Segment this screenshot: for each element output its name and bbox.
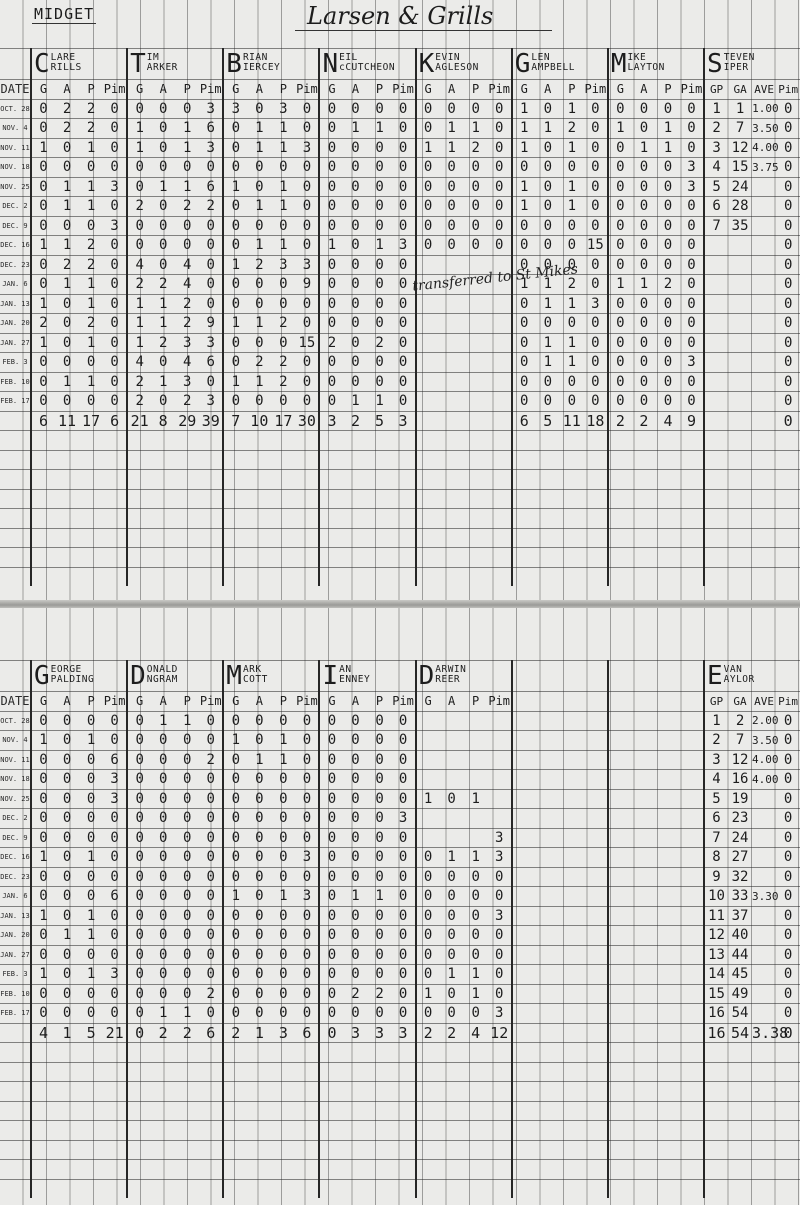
- stat-cell: 1: [271, 236, 295, 256]
- stat-cell: 1: [127, 333, 151, 353]
- blank-cell: [175, 1082, 199, 1102]
- stat-cell: 1: [151, 177, 175, 197]
- stat-cell: 0: [416, 177, 440, 197]
- stat-cell: 0: [295, 158, 319, 178]
- stat-cell: 2.00: [752, 711, 776, 731]
- blank-cell: [776, 1043, 800, 1063]
- blank-cell: [368, 431, 392, 451]
- stat-cell: 1: [271, 731, 295, 751]
- stat-cell: [536, 731, 560, 751]
- date-header-blank: [0, 49, 31, 80]
- stat-cell: 1: [416, 984, 440, 1004]
- stat-cell: [752, 789, 776, 809]
- stat-cell: 0: [343, 809, 367, 829]
- blank-cell: [199, 1062, 223, 1082]
- stat-cell: [512, 926, 536, 946]
- game-row: DEC. 230220404012330000000000000: [0, 255, 800, 275]
- game-row: JAN. 2710101233000152020011000000: [0, 333, 800, 353]
- stat-cell: 0: [584, 314, 608, 334]
- stat-cell: [728, 392, 752, 412]
- stat-cell: 49: [728, 984, 752, 1004]
- total-cell: 3: [392, 411, 416, 431]
- blank-cell: [656, 470, 680, 490]
- player-name: LARERILLS: [51, 50, 82, 73]
- player-initial: D: [419, 662, 435, 690]
- player-name-header: EVANAYLOR: [704, 661, 800, 692]
- stat-cell: [440, 750, 464, 770]
- stat-cell: 0: [392, 887, 416, 907]
- stat-cell: 0: [560, 392, 584, 412]
- stat-cell: [608, 750, 632, 770]
- blank-cell: [584, 1140, 608, 1160]
- blank-cell: [151, 548, 175, 568]
- blank-cell: [368, 1121, 392, 1141]
- total-cell: 30: [295, 411, 319, 431]
- blank-cell: [608, 509, 632, 529]
- blank-cell: [656, 431, 680, 451]
- stat-cell: [680, 750, 704, 770]
- stat-cell: 1: [560, 197, 584, 217]
- blank-cell: [536, 489, 560, 509]
- stat-cell: 0: [776, 945, 800, 965]
- stat-cell: 0: [440, 945, 464, 965]
- blank-cell: [776, 509, 800, 529]
- blank-cell: [151, 470, 175, 490]
- stat-cell: 0: [247, 158, 271, 178]
- stat-cell: [536, 770, 560, 790]
- stat-cell: 40: [728, 926, 752, 946]
- stat-cell: 0: [271, 828, 295, 848]
- stat-cell: 1: [271, 750, 295, 770]
- stat-cell: [608, 867, 632, 887]
- player-name-header: CLARERILLS: [31, 49, 127, 80]
- stat-cell: 1: [368, 119, 392, 139]
- stat-cell: 0: [512, 158, 536, 178]
- total-cell: [608, 1023, 632, 1043]
- stat-cell: [752, 867, 776, 887]
- blank-cell: [343, 450, 367, 470]
- stat-cell: [416, 255, 440, 275]
- player-initial: C: [34, 50, 50, 78]
- stat-cell: [440, 711, 464, 731]
- stat-cell: 0: [127, 926, 151, 946]
- stat-cell: 0: [319, 372, 343, 392]
- column-header: A: [536, 80, 560, 100]
- blank-cell: [199, 1140, 223, 1160]
- stat-cell: [632, 789, 656, 809]
- stat-cell: 0: [343, 216, 367, 236]
- stat-cell: 19: [728, 789, 752, 809]
- stat-cell: 0: [103, 314, 127, 334]
- stat-cell: 0: [175, 770, 199, 790]
- stat-cell: 3: [584, 294, 608, 314]
- player-last-name: RILLS: [51, 62, 82, 73]
- stat-cell: 0: [392, 770, 416, 790]
- blank-cell: [368, 489, 392, 509]
- total-cell: 54: [728, 1023, 752, 1043]
- stat-cell: 0: [776, 353, 800, 373]
- game-date: DEC. 16: [0, 848, 31, 868]
- stat-cell: 0: [271, 984, 295, 1004]
- stat-cell: 2: [79, 99, 103, 119]
- stat-cell: 0: [103, 333, 127, 353]
- stat-cell: 0: [368, 99, 392, 119]
- stat-cell: 0: [319, 158, 343, 178]
- stat-cell: 0: [151, 392, 175, 412]
- game-date: FEB. 17: [0, 1004, 31, 1024]
- blank-cell: [0, 431, 31, 451]
- game-row: OCT. 280000011000000000122.000: [0, 711, 800, 731]
- stat-cell: [440, 353, 464, 373]
- blank-cell: [728, 470, 752, 490]
- blank-cell: [127, 1062, 151, 1082]
- blank-cell: [31, 1140, 55, 1160]
- stat-cell: 0: [199, 255, 223, 275]
- stat-cell: 0: [560, 158, 584, 178]
- stat-cell: 0: [368, 809, 392, 829]
- blank-cell: [728, 548, 752, 568]
- stat-cell: 0: [127, 789, 151, 809]
- stat-cell: 0: [223, 392, 247, 412]
- stat-cell: [704, 353, 728, 373]
- stat-cell: 0: [103, 711, 127, 731]
- stat-cell: 0: [79, 828, 103, 848]
- stat-cell: 0: [31, 770, 55, 790]
- stat-cell: [416, 750, 440, 770]
- blank-cell: [584, 489, 608, 509]
- game-row: FEB. 170000011000000000000316540: [0, 1004, 800, 1024]
- blank-cell: [175, 431, 199, 451]
- stat-cell: 0: [392, 294, 416, 314]
- blank-cell: [79, 1082, 103, 1102]
- stat-cell: 0: [295, 965, 319, 985]
- blank-cell: [247, 567, 271, 586]
- blank-cell: [704, 1160, 728, 1180]
- stat-cell: [536, 906, 560, 926]
- column-header: GP: [704, 692, 728, 712]
- stat-cell: [584, 770, 608, 790]
- stat-cell: 0: [175, 867, 199, 887]
- stat-cell: 0: [127, 828, 151, 848]
- stat-cell: [560, 711, 584, 731]
- stat-cell: 0: [464, 177, 488, 197]
- blank-cell: [680, 431, 704, 451]
- player-name-header: MIKELAYTON: [608, 49, 704, 80]
- stat-cell: 0: [319, 99, 343, 119]
- column-header: Pim: [392, 80, 416, 100]
- stat-cell: 0: [464, 906, 488, 926]
- blank-cell: [464, 450, 488, 470]
- game-date: JAN. 27: [0, 333, 31, 353]
- blank-cell: [343, 1179, 367, 1198]
- column-header: Pim: [199, 692, 223, 712]
- blank-cell: [632, 1043, 656, 1063]
- blank-cell: [536, 1062, 560, 1082]
- blank-cell: [536, 470, 560, 490]
- blank-cell: [79, 431, 103, 451]
- stat-cell: 0: [343, 828, 367, 848]
- column-header: A: [343, 692, 367, 712]
- stat-cell: 0: [223, 275, 247, 295]
- blank-cell: [512, 509, 536, 529]
- stat-cell: [608, 789, 632, 809]
- blank-cell: [440, 1140, 464, 1160]
- stat-cell: 0: [368, 750, 392, 770]
- stat-cell: 0: [319, 945, 343, 965]
- stat-cell: 0: [271, 333, 295, 353]
- stat-cell: [656, 965, 680, 985]
- game-date: FEB. 10: [0, 984, 31, 1004]
- stat-cell: [464, 333, 488, 353]
- blank-cell: [584, 1121, 608, 1141]
- stat-cell: 0: [440, 197, 464, 217]
- game-row: JAN. 200110000000000000000012400: [0, 926, 800, 946]
- stat-cell: 0: [392, 138, 416, 158]
- blank-cell: [728, 1101, 752, 1121]
- stat-cell: 0: [223, 828, 247, 848]
- stat-cell: 0: [680, 216, 704, 236]
- stat-cell: 2: [199, 984, 223, 1004]
- blank-cell: [392, 1043, 416, 1063]
- game-date: OCT. 28: [0, 99, 31, 119]
- blank-cell: [704, 450, 728, 470]
- stat-cell: [656, 731, 680, 751]
- total-cell: 10: [247, 411, 271, 431]
- blank-cell: [79, 1043, 103, 1063]
- stat-cell: 0: [392, 711, 416, 731]
- stat-cell: [464, 828, 488, 848]
- stat-cell: 0: [55, 770, 79, 790]
- blank-cell: [271, 1160, 295, 1180]
- stat-cell: 0: [392, 314, 416, 334]
- stat-cell: [560, 809, 584, 829]
- blank-cell: [319, 470, 343, 490]
- stat-cell: 0: [776, 119, 800, 139]
- stat-cell: 0: [536, 158, 560, 178]
- stat-cell: [512, 867, 536, 887]
- blank-cell: [343, 1101, 367, 1121]
- stat-cell: [416, 372, 440, 392]
- blank-cell: [704, 1140, 728, 1160]
- stat-cell: 0: [776, 887, 800, 907]
- stat-cell: 2: [175, 197, 199, 217]
- stat-cell: 0: [656, 255, 680, 275]
- stat-cell: [584, 887, 608, 907]
- stat-cell: 0: [103, 99, 127, 119]
- stat-cell: 0: [632, 216, 656, 236]
- column-header: [512, 692, 536, 712]
- blank-cell: [656, 1062, 680, 1082]
- stat-cell: 0: [440, 158, 464, 178]
- stat-cell: 0: [271, 1004, 295, 1024]
- stat-cell: 0: [247, 216, 271, 236]
- game-date: FEB. 10: [0, 372, 31, 392]
- blank-cell: [247, 1082, 271, 1102]
- stat-cell: 0: [175, 236, 199, 256]
- stat-cell: 0: [608, 197, 632, 217]
- stat-cell: 1: [512, 138, 536, 158]
- stat-cell: 2: [199, 197, 223, 217]
- stat-cell: 0: [776, 750, 800, 770]
- stat-cell: 7: [704, 828, 728, 848]
- blank-cell: [343, 509, 367, 529]
- stat-cell: 1: [416, 789, 440, 809]
- stat-cell: 0: [488, 99, 512, 119]
- blank-cell: [560, 548, 584, 568]
- blank-cell: [632, 1160, 656, 1180]
- blank-cell: [416, 548, 440, 568]
- stat-cell: 2: [79, 314, 103, 334]
- game-date: NOV. 4: [0, 731, 31, 751]
- blank-cell: [536, 1179, 560, 1198]
- stat-cell: 1: [368, 392, 392, 412]
- stat-cell: [656, 848, 680, 868]
- stat-cell: [584, 906, 608, 926]
- stat-cell: 0: [776, 848, 800, 868]
- stat-cell: [536, 848, 560, 868]
- column-header: [656, 692, 680, 712]
- stat-cell: 0: [223, 848, 247, 868]
- blank-cell: [608, 1121, 632, 1141]
- stat-cell: 1: [440, 138, 464, 158]
- blank-cell: [632, 509, 656, 529]
- blank-cell: [728, 509, 752, 529]
- blank-cell: [151, 1043, 175, 1063]
- stat-cell: 1: [536, 353, 560, 373]
- stat-cell: 9: [199, 314, 223, 334]
- column-header: Pim: [584, 80, 608, 100]
- blank-cell: [79, 489, 103, 509]
- player-name: ANENNEY: [339, 662, 370, 685]
- blank-cell: [752, 1179, 776, 1198]
- stat-cell: 0: [79, 809, 103, 829]
- blank-cell: [680, 567, 704, 586]
- blank-cell: [343, 431, 367, 451]
- stat-cell: 0: [199, 236, 223, 256]
- blank-cell: [512, 548, 536, 568]
- stat-cell: 0: [392, 255, 416, 275]
- stat-cell: 1: [223, 372, 247, 392]
- game-row: JAN. 270000000000000000000013440: [0, 945, 800, 965]
- stat-cell: 0: [632, 119, 656, 139]
- blank-cell: [656, 548, 680, 568]
- stat-cell: 0: [440, 867, 464, 887]
- stat-cell: 0: [79, 945, 103, 965]
- stat-cell: 0: [223, 750, 247, 770]
- blank-cell: [199, 470, 223, 490]
- stat-cell: 0: [247, 711, 271, 731]
- stat-cell: 12: [704, 926, 728, 946]
- blank-cell: [632, 1179, 656, 1198]
- stat-cell: 0: [560, 372, 584, 392]
- stat-cell: [536, 926, 560, 946]
- blank-cell: [464, 528, 488, 548]
- stat-cell: 0: [319, 711, 343, 731]
- stat-cell: 1: [55, 197, 79, 217]
- column-header: G: [416, 80, 440, 100]
- stat-cell: [464, 770, 488, 790]
- column-header: A: [440, 692, 464, 712]
- blank-cell: [536, 1082, 560, 1102]
- stat-cell: [656, 867, 680, 887]
- stat-cell: [488, 789, 512, 809]
- blank-cell: [680, 1062, 704, 1082]
- blank-cell: [223, 450, 247, 470]
- stat-cell: [512, 711, 536, 731]
- stat-cell: [584, 809, 608, 829]
- game-row: NOV. 1100060002011000003124.000: [0, 750, 800, 770]
- stat-cell: [512, 906, 536, 926]
- blank-cell: [247, 1062, 271, 1082]
- stat-cell: 3.50: [752, 119, 776, 139]
- stat-cell: 0: [55, 809, 79, 829]
- blank-cell: [0, 1160, 31, 1180]
- stat-cell: 3: [680, 177, 704, 197]
- blank-cell: [127, 1160, 151, 1180]
- game-row: NOV. 1110101013011300001120101001103124.…: [0, 138, 800, 158]
- player-last-name: ENNEY: [339, 674, 370, 685]
- stat-cell: [488, 314, 512, 334]
- stat-cell: 0: [319, 138, 343, 158]
- stat-cell: [656, 926, 680, 946]
- stat-cell: 0: [512, 216, 536, 236]
- stat-cell: 1: [416, 138, 440, 158]
- player-last-name: REER: [435, 674, 460, 685]
- blank-cell: [127, 470, 151, 490]
- blank-cell: [271, 1121, 295, 1141]
- stat-cell: [416, 294, 440, 314]
- stat-cell: 1: [560, 294, 584, 314]
- stat-cell: [536, 965, 560, 985]
- stat-cell: 0: [175, 887, 199, 907]
- stat-cell: 0: [151, 906, 175, 926]
- stat-cell: [752, 197, 776, 217]
- blank-cell: [488, 450, 512, 470]
- stat-cell: 0: [608, 353, 632, 373]
- blank-cell: [223, 1101, 247, 1121]
- stat-cell: 0: [31, 926, 55, 946]
- stat-cell: 1: [656, 138, 680, 158]
- stat-cell: 0: [175, 848, 199, 868]
- stat-cell: 1: [55, 926, 79, 946]
- stat-cell: 3: [295, 255, 319, 275]
- stat-cell: 0: [632, 158, 656, 178]
- blank-cell: [151, 1160, 175, 1180]
- blank-cell: [656, 1121, 680, 1141]
- stat-cell: 3.75: [752, 158, 776, 178]
- stat-cell: 2: [175, 314, 199, 334]
- stat-cell: 0: [31, 789, 55, 809]
- stat-cell: 0: [776, 138, 800, 158]
- blank-cell: [223, 489, 247, 509]
- stat-cell: 0: [151, 353, 175, 373]
- game-date: JAN. 13: [0, 294, 31, 314]
- stat-cell: 0: [223, 926, 247, 946]
- stat-cell: [416, 828, 440, 848]
- blank-cell: [608, 1082, 632, 1102]
- stat-cell: 0: [199, 906, 223, 926]
- stat-cell: 1: [247, 119, 271, 139]
- blank-cell: [536, 548, 560, 568]
- blank-cell: [247, 528, 271, 548]
- stat-cell: 0: [680, 294, 704, 314]
- totals-row: 415210226213603332241216543.380: [0, 1023, 800, 1043]
- stat-cell: 0: [175, 945, 199, 965]
- blank-cell: [488, 1082, 512, 1102]
- blank-cell: [608, 548, 632, 568]
- stat-cell: 0: [608, 138, 632, 158]
- player-last-name: LAYTON: [628, 62, 665, 73]
